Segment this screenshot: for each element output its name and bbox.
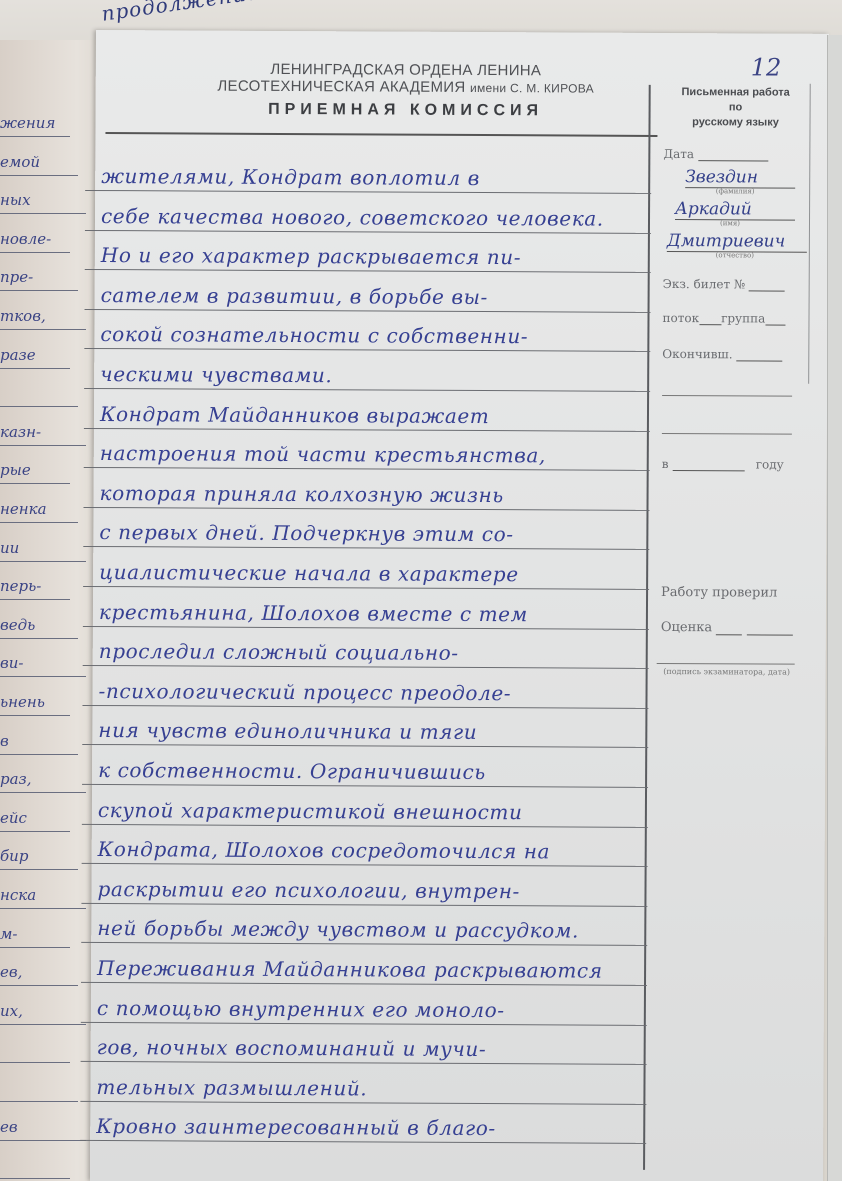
grade-label: Оценка [661,620,712,635]
underlying-text-fragment: перь- [0,575,70,600]
essay-line-text: которая приняла колхозную жизнь [100,481,504,507]
essay-line: Но и его характер раскрывается пи- [85,229,651,273]
essay-line-text: Но и его характер раскрывается пи- [101,243,521,269]
essay-line: Переживания Майданникова раскрываются [81,942,647,986]
essay-line: -психологический процесс преодоле- [82,665,648,709]
essay-line: сателем в развитии, в борьбе вы- [85,269,651,313]
essay-line-text: Кондрата, Шолохов сосредоточился на [98,837,551,863]
letterhead-line2: ЛЕСОТЕХНИЧЕСКАЯ АКАДЕМИЯ имени С. М. КИР… [136,77,676,97]
essay-line-text: к собственности. Ограничившись [98,758,486,784]
underlying-text-fragment: раз, [0,768,86,793]
header-rule [105,132,657,137]
essay-line: тельных размышлений. [80,1061,646,1105]
year-field: в году [662,457,784,472]
finished-label: Окончивш. [662,347,732,361]
exam-sheet: ЛЕНИНГРАДСКАЯ ОРДЕНА ЛЕНИНА ЛЕСОТЕХНИЧЕС… [90,30,829,1181]
essay-line-text: с первых дней. Подчеркнув этим со- [99,520,513,546]
date-blank [698,148,768,161]
essay-line: ческими чувствами. [84,348,650,392]
finished-field: Окончивш. [662,347,782,362]
stream-blank [699,312,721,325]
essay-line-text: циалистические начала в характере [99,560,519,586]
essay-line-text: крестьянина, Шолохов вместе с тем [99,600,528,626]
underlying-text-fragment: ведь [0,614,78,639]
essay-line: настроения той части крестьянства, [84,427,650,471]
essay-line: скупой характеристикой внешности [82,784,648,828]
essay-line-text: ния чувств единоличника и тяги [98,718,477,744]
underlying-text-fragment: ев [0,1116,86,1141]
underlying-text-fragment: ненка [0,498,78,523]
essay-line-text: ней борьбы между чувством и рассудком. [97,916,579,943]
essay-line-text: себе качества нового, советского человек… [101,204,604,231]
essay-line-text: ческими чувствами. [100,362,332,387]
ticket-blank [749,278,785,291]
essay-line: раскрытии его психологии, внутрен- [81,863,647,907]
essay-text: жителями, Кондрат воплотил всебе качеств… [95,150,655,153]
essay-line-text: сокой сознательности с собственни- [100,322,528,348]
essay-line: Кровно заинтересованный в благо- [80,1100,646,1144]
essay-line-text: Кровно заинтересованный в благо- [96,1114,496,1140]
essay-line: сокой сознательности с собственни- [84,308,650,352]
grade-field: Оценка [661,620,793,636]
underlying-text-fragment: ейс [0,807,70,832]
patronymic-caption: (отчество) [705,251,765,259]
essay-line: крестьянина, Шолохов вместе с тем [83,586,649,630]
essay-line-text: скупой характеристикой внешности [98,798,523,824]
essay-line: которая приняла колхозную жизнь [83,467,649,511]
surname-field: Звездин [685,167,795,189]
essay-line-text: тельных размышлений. [96,1075,367,1100]
underlying-text-fragment: тков, [0,305,86,330]
underlying-text-fragment [0,1077,78,1102]
page-number: 12 [751,53,782,81]
surname-value: Звездин [685,167,758,187]
date-label: Дата [663,147,694,161]
name-caption: (имя) [710,219,750,227]
blank-line [662,395,792,397]
essay-line: Кондрат Майданников выражает [84,388,650,432]
underlying-text-fragment: в [0,730,78,755]
side-panel: Письменная работа по русскому языку Дата… [655,85,815,131]
essay-line: к собственности. Ограничившись [82,744,648,788]
underlying-text-fragment: ви- [0,652,86,677]
underlying-text-fragment: ии [0,537,86,562]
underlying-text-fragment: ных [0,189,86,214]
side-title: Письменная работа по русскому языку [655,85,815,131]
essay-line-text: проследил сложный социально- [99,639,459,665]
essay-line: гов, ночных воспоминаний и мучи- [81,1021,647,1065]
letterhead-named-after: имени С. М. КИРОВА [470,81,594,96]
grade-blank-2 [746,622,792,635]
side-title-line: по [656,100,816,116]
stream-label: поток [662,311,699,325]
essay-line: ния чувств единоличника и тяги [82,704,648,748]
ticket-label: Экз. билет № [663,277,746,291]
underlying-text-fragment: емой [0,151,78,176]
grade-blank [716,622,742,635]
signature-line [657,663,795,665]
essay-line: Кондрата, Шолохов сосредоточился на [82,823,648,867]
checked-by-field: Работу проверил [661,585,777,601]
group-label: группа [721,311,765,325]
patronymic-value: Дмитриевич [667,231,785,252]
side-title-line: русскому языку [655,115,815,131]
underlying-text-fragment: бир [0,845,78,870]
underlying-text-fragment: их, [0,1000,86,1025]
essay-line-text: сателем в развитии, в борьбе вы- [101,283,488,309]
underlying-text-fragment: новле- [0,228,70,253]
patronymic-field: Дмитриевич [667,231,807,253]
essay-line: жителями, Кондрат воплотил в [85,150,651,194]
year-suffix: году [756,457,784,471]
underlying-text-fragment: казн- [0,421,86,446]
finished-blank [736,348,782,361]
underlying-text-fragment: пре- [0,266,78,291]
group-blank [765,313,785,326]
date-field: Дата [663,147,768,162]
letterhead-academy: ЛЕСОТЕХНИЧЕСКАЯ АКАДЕМИЯ [217,78,465,96]
name-value: Аркадий [675,199,752,219]
essay-line-text: жителями, Кондрат воплотил в [101,164,480,190]
sheet-edge [827,35,842,1181]
ticket-field: Экз. билет № [663,277,786,292]
side-title-line: Письменная работа [656,85,816,101]
essay-line: с первых дней. Подчеркнув этим со- [83,506,649,550]
essay-line: себе качества нового, советского человек… [85,190,651,234]
essay-line: циалистические начала в характере [83,546,649,590]
underlying-text-fragment: нска [0,884,86,909]
blank-line [662,433,792,435]
essay-line-text: Переживания Майданникова раскрываются [97,956,603,983]
underlying-text-fragment: ев, [0,961,78,986]
essay-line-text: настроения той части крестьянства, [100,441,546,467]
signature-caption: (подпись экзаминатора, дата) [657,667,797,677]
essay-line-text: -психологический процесс преодоле- [98,679,511,705]
essay-line: ней борьбы между чувством и рассудком. [81,902,647,946]
stream-group-field: потокгруппа [662,311,785,326]
letterhead: ЛЕНИНГРАДСКАЯ ОРДЕНА ЛЕНИНА ЛЕСОТЕХНИЧЕС… [136,60,676,121]
underlying-text-fragment: рые [0,459,70,484]
name-field: Аркадий [675,199,795,221]
underlying-text-fragment [0,1038,70,1063]
underlying-text-fragment [0,382,78,407]
underlying-text-fragment: м- [0,923,70,948]
underlying-text-fragment: разе [0,344,70,369]
essay-line: проследил сложный социально- [83,625,649,669]
essay-line-text: Кондрат Майданников выражает [100,402,490,428]
underlying-text-fragment [0,1154,70,1179]
year-blank [672,458,744,471]
underlying-text-fragment: ьнень [0,691,70,716]
underlying-text-fragment: жения [0,112,70,137]
letterhead-commission: ПРИЕМНАЯ КОМИССИЯ [136,100,676,121]
essay-line-text: гов, ночных воспоминаний и мучи- [97,1035,487,1061]
essay-line: с помощью внутренних его моноло- [81,982,647,1026]
year-prefix: в [662,457,669,471]
essay-line-text: раскрытии его психологии, внутрен- [97,877,520,903]
surname-caption: (фамилия) [705,187,765,195]
essay-line-text: с помощью внутренних его моноло- [97,996,505,1022]
